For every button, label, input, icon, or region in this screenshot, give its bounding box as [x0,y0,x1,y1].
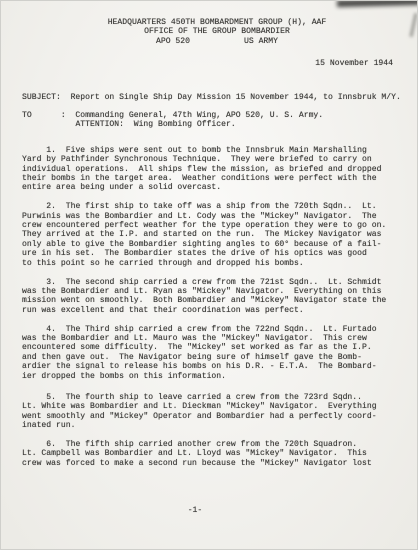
paragraph-5: 5. The fourth ship to leave carried a cr… [22,393,403,431]
reference-block: SUBJECT: Report on Single Ship Day Missi… [1,93,417,130]
paragraph-4: 4. The Third ship carried a crew from th… [22,325,403,381]
paragraph-3: 3. The second ship carried a crew from t… [22,278,403,316]
attention-line: ATTENTION: Wing Bombing Officer. [22,120,417,129]
letterhead-line-1: HEADQUARTERS 450TH BOMBARDMENT GROUP (H)… [17,18,417,27]
scanned-document-page: HEADQUARTERS 450TH BOMBARDMENT GROUP (H)… [0,0,418,550]
page-number: -1- [1,506,389,515]
letterhead: HEADQUARTERS 450TH BOMBARDMENT GROUP (H)… [1,1,417,46]
letterhead-line-3: APO 520 US ARMY [17,37,417,46]
to-line: TO : Commanding General, 47th Wing, APO … [22,111,417,120]
letterhead-line-2: OFFICE OF THE GROUP BOMBARDIER [17,27,417,36]
date-line: 15 November 1944 [1,59,417,68]
paragraph-2: 2. The first ship to take off was a ship… [22,202,403,268]
subject-line: SUBJECT: Report on Single Ship Day Missi… [22,93,417,102]
paragraph-1: 1. Five ships were sent out to bomb the … [22,146,403,193]
letter-body: 1. Five ships were sent out to bomb the … [1,146,417,468]
paragraph-6: 6. The fifth ship carried another crew f… [22,440,403,468]
apo-number: APO 520 [156,37,190,46]
us-army-label: US ARMY [244,37,278,46]
